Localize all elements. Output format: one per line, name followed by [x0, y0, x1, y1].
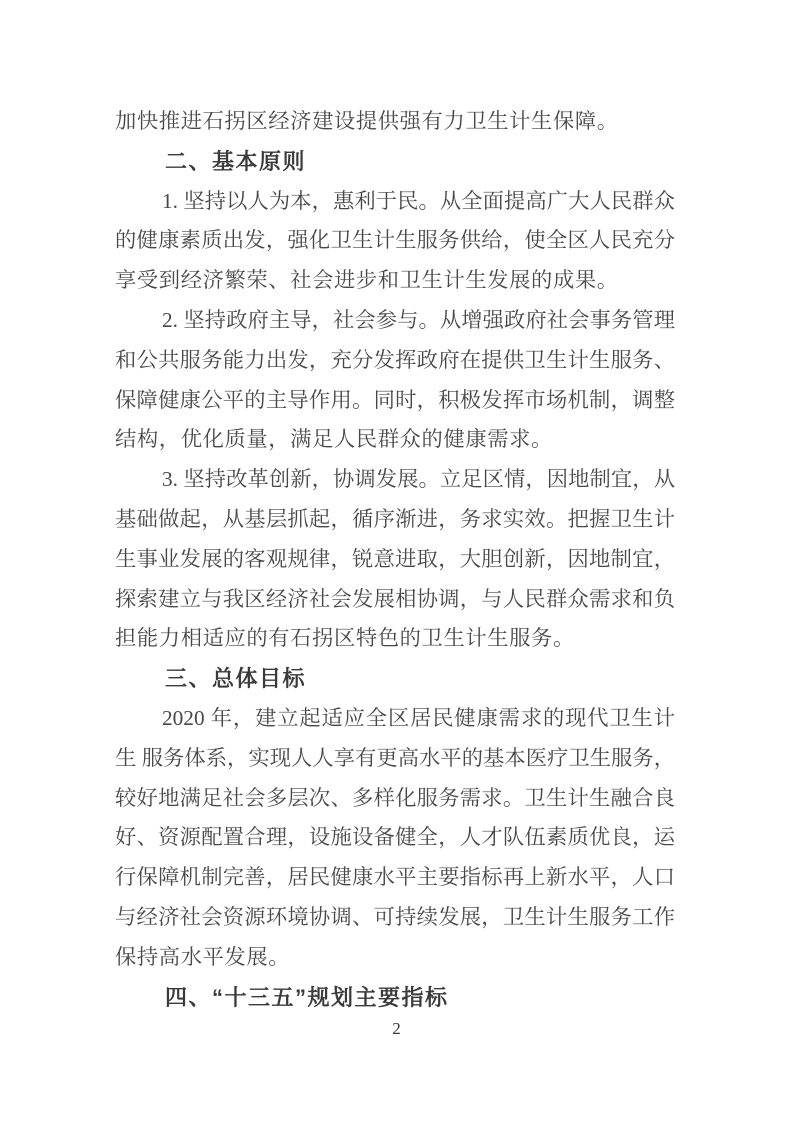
text-line: 保障健康公平的主导作用。同时，积极发挥市场机制，调整 [115, 381, 675, 421]
text-line: 探索建立与我区经济社会发展相协调，与人民群众需求和负 [115, 580, 675, 620]
text-line: 结构，优化质量，满足人民群众的健康需求。 [115, 420, 675, 460]
text-line: 2. 坚持政府主导，社会参与。从增强政府社会事务管理 [115, 301, 675, 341]
page-number: 2 [0, 1019, 793, 1039]
text-line: 担能力相适应的有石拐区特色的卫生计生服务。 [115, 619, 675, 659]
text-line: 好、资源配置合理，设施设备健全，人才队伍素质优良，运 [115, 818, 675, 858]
text-line: 生 服务体系，实现人人享有更高水平的基本医疗卫生服务， [115, 739, 675, 779]
text-line: 2020 年，建立起适应全区居民健康需求的现代卫生计 [115, 699, 675, 739]
document-body: 加快推进石拐区经济建设提供强有力卫生计生保障。二、基本原则1. 坚持以人为本，惠… [115, 102, 675, 1017]
text-line: 较好地满足社会多层次、多样化服务需求。卫生计生融合良 [115, 779, 675, 819]
document-page: 加快推进石拐区经济建设提供强有力卫生计生保障。二、基本原则1. 坚持以人为本，惠… [0, 0, 793, 1122]
text-line: 生事业发展的客观规律，锐意进取，大胆创新，因地制宜， [115, 540, 675, 580]
section-heading: 二、基本原则 [115, 142, 675, 182]
text-line: 加快推进石拐区经济建设提供强有力卫生计生保障。 [115, 102, 675, 142]
text-line: 和公共服务能力出发，充分发挥政府在提供卫生计生服务、 [115, 341, 675, 381]
section-heading: 四、“十三五”规划主要指标 [115, 978, 675, 1018]
text-line: 保持高水平发展。 [115, 938, 675, 978]
text-line: 的健康素质出发，强化卫生计生服务供给，使全区人民充分 [115, 221, 675, 261]
text-line: 1. 坚持以人为本，惠利于民。从全面提高广大人民群众 [115, 182, 675, 222]
section-heading: 三、总体目标 [115, 659, 675, 699]
text-line: 基础做起，从基层抓起，循序渐进，务求实效。把握卫生计 [115, 500, 675, 540]
text-line: 3. 坚持改革创新，协调发展。立足区情，因地制宜，从 [115, 460, 675, 500]
text-line: 行保障机制完善，居民健康水平主要指标再上新水平，人口 [115, 858, 675, 898]
text-line: 与经济社会资源环境协调、可持续发展，卫生计生服务工作 [115, 898, 675, 938]
text-line: 享受到经济繁荣、社会进步和卫生计生发展的成果。 [115, 261, 675, 301]
